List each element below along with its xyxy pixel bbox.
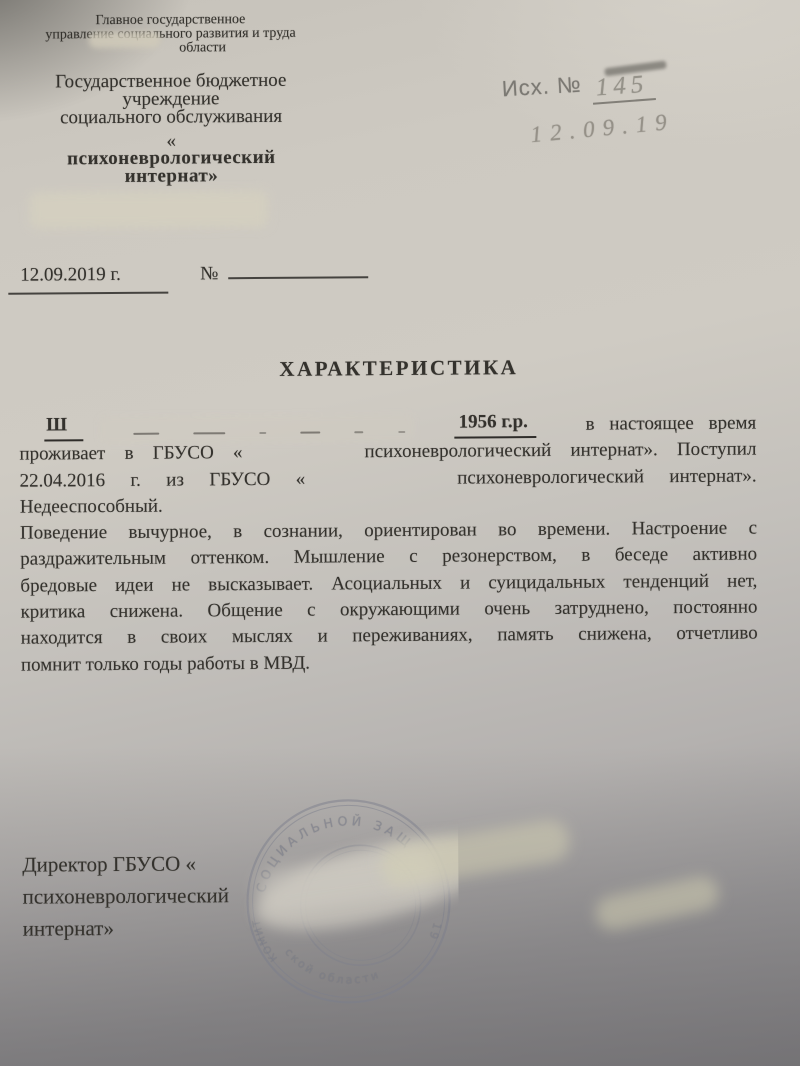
document-content: Главное государственное управление социа… bbox=[0, 0, 800, 1066]
authority-line-3: области bbox=[29, 40, 377, 56]
body-line-2-tail: психоневрологический интернат». Поступил bbox=[364, 439, 756, 463]
outgoing-number-field: 145 bbox=[590, 70, 655, 105]
redaction-gap bbox=[305, 483, 457, 484]
dash-mark bbox=[193, 432, 225, 435]
redaction-gap bbox=[243, 458, 365, 459]
outgoing-label-stamp: Исх. № bbox=[501, 72, 582, 103]
stamp-arc-bottom-text: ской области bbox=[282, 945, 382, 987]
date-line: 12.09.2019 г.№ bbox=[8, 256, 368, 295]
document-date: 12.09.2019 г. bbox=[8, 264, 168, 295]
outgoing-date-handwritten: 12.09.19 bbox=[529, 102, 743, 148]
redaction-smudge-letterhead bbox=[30, 191, 268, 229]
letterhead: Главное государственное управление социа… bbox=[0, 12, 346, 186]
wipe-streak bbox=[592, 873, 721, 933]
org-line-3: социального обслуживания bbox=[0, 107, 345, 127]
name-initial: Ш bbox=[44, 412, 83, 442]
signature-line-3: интернат» bbox=[23, 911, 230, 944]
outgoing-number-handwritten: 145 bbox=[594, 71, 648, 102]
outgoing-number-block: Исх. №145 12.09.19 bbox=[502, 72, 742, 140]
dash-mark bbox=[133, 432, 159, 435]
body-line-3-lead: 22.04.2016 г. из ГБУСО « bbox=[20, 468, 306, 491]
body-line-3-tail: психоневрологический интернат». bbox=[457, 465, 757, 488]
svg-text:ской области: ской области bbox=[282, 945, 382, 987]
number-blank-line bbox=[228, 256, 368, 279]
dash-mark bbox=[398, 431, 405, 434]
body-line-9: находится в своих мыслях и переживаниях,… bbox=[21, 621, 758, 652]
body-line-1-tail: в настоящее время bbox=[586, 411, 757, 438]
round-stamp: СОЦИАЛЬНОЙ ЗАЩ ской области 19 КОМИТ bbox=[238, 791, 460, 1013]
document-title: ХАРАКТЕРИСТИКА bbox=[0, 353, 799, 384]
body-line-3: 22.04.2016 г. из ГБУСО «психоневрологиче… bbox=[20, 463, 757, 494]
body-line-10: помнит только годы работы в МВД. bbox=[21, 647, 758, 678]
birth-year: 1956 г.р. bbox=[454, 409, 536, 439]
body-line-2-lead: проживает в ГБУСО « bbox=[19, 442, 242, 465]
authority-block: Главное государственное управление социа… bbox=[0, 12, 345, 56]
dash-mark bbox=[259, 432, 266, 435]
signature-line-1: Директор ГБУСО « bbox=[22, 847, 229, 880]
org-name-line-2: интернат» bbox=[0, 166, 346, 186]
signature-block: Директор ГБУСО « психоневрологический ин… bbox=[22, 847, 229, 944]
scanned-document-page: Главное государственное управление социа… bbox=[0, 0, 800, 1066]
organization-block: Государственное бюджетное учреждение соц… bbox=[0, 71, 346, 186]
number-sign: № bbox=[200, 263, 218, 285]
dash-mark bbox=[355, 431, 364, 434]
signature-line-2: психоневрологический bbox=[22, 879, 229, 912]
document-body: Ш 1956 г.р. в настоящее время проживает … bbox=[19, 408, 758, 679]
dash-mark bbox=[300, 431, 320, 434]
